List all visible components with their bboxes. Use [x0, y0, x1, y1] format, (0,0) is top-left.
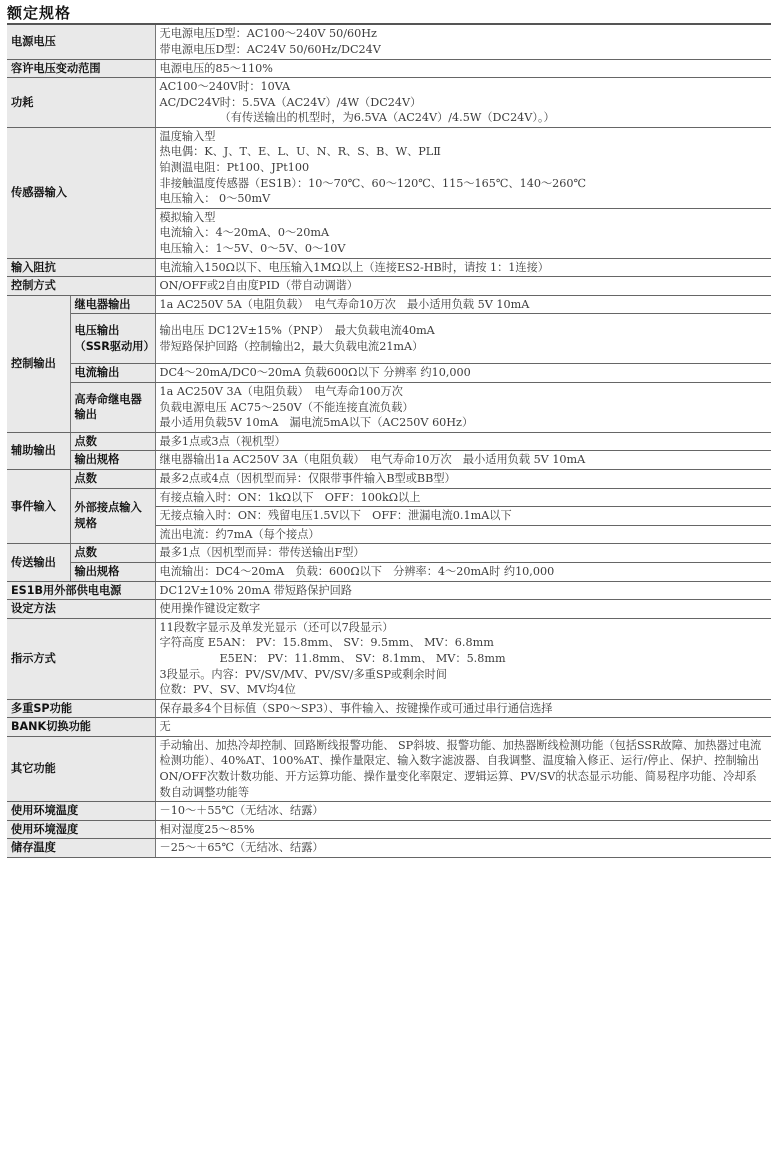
value-line: 电流输入：4～20mA、0～20mA: [160, 225, 767, 241]
rated-spec-table: 电源电压 无电源电压D型：AC100～240V 50/60Hz 带电源电压D型：…: [7, 23, 771, 858]
value-line: 电源电压的85～110%: [160, 61, 767, 77]
table-row-es1b-supply: ES1B用外部供电电源 DC12V±10% 20mA 带短路保护回路: [7, 581, 771, 600]
row-value: 相对湿度25～85%: [155, 820, 771, 839]
sub-label: 高寿命继电器输出: [70, 383, 155, 433]
value-line: 无接点输入时：ON：残留电压1.5V以下 OFF：泄漏电流0.1mA以下: [160, 508, 767, 524]
section-title: 额定规格: [7, 2, 71, 23]
row-label: 控制输出: [7, 295, 70, 432]
row-value: 电源电压的85～110%: [155, 59, 771, 78]
table-row-aux-output-points: 辅助输出 点数 最多1点或3点（视机型）: [7, 432, 771, 451]
value-line: 非接触温度传感器（ES1B）：10～70℃、60～120℃、115～165℃、1…: [160, 176, 767, 192]
value-line: 模拟输入型: [160, 210, 767, 226]
row-label: 设定方法: [7, 600, 155, 619]
row-value: 使用操作键设定数字: [155, 600, 771, 619]
value-line: 相对湿度25～85%: [160, 822, 767, 838]
value-line: ON/OFF或2自由度PID（带自动调谐）: [160, 278, 767, 294]
value-line: 最多1点或3点（视机型）: [160, 434, 767, 450]
value-line: 有接点输入时：ON：1kΩ以下 OFF：100kΩ以上: [160, 490, 767, 506]
table-row-input-impedance: 输入阻抗 电流输入150Ω以下、电压输入1MΩ以上（连接ES2-HB时，请按 1…: [7, 258, 771, 277]
sub-label: 点数: [70, 469, 155, 488]
row-value: 11段数字显示及单发光显示（还可以7段显示） 字符高度 E5AN： PV：15.…: [155, 618, 771, 699]
value-line: 负载电源电压 AC75～250V（不能连接直流负载）: [160, 400, 767, 416]
table-row-aux-output-spec: 输出规格 继电器输出1a AC250V 3A（电阻负载） 电气寿命10万次 最小…: [7, 451, 771, 470]
value-line: 铂测温电阻：Pt100、JPt100: [160, 160, 767, 176]
row-label: BANK切换功能: [7, 718, 155, 737]
value-line: 最多1点（因机型而异：带传送输出F型）: [160, 545, 767, 561]
table-row-multi-sp: 多重SP功能 保存最多4个目标值（SP0～SP3）、事件输入、按键操作或可通过串…: [7, 699, 771, 718]
row-value: 1a AC250V 5A（电阻负载） 电气寿命10万次 最小适用负载 5V 10…: [155, 295, 771, 314]
row-value: 电流输出：DC4～20mA 负载：600Ω以下 分辨率：4～20mA时 约10,…: [155, 562, 771, 581]
value-line: 11段数字显示及单发光显示（还可以7段显示）: [160, 620, 767, 636]
value-line: 位数：PV、SV、MV均4位: [160, 682, 767, 698]
row-value: －25～＋65℃（无结冰、结露）: [155, 839, 771, 858]
row-label: 容许电压变动范围: [7, 59, 155, 78]
value-line: E5EN： PV：11.8mm、 SV：8.1mm、 MV：5.8mm: [160, 651, 767, 667]
table-row-bank-switch: BANK切换功能 无: [7, 718, 771, 737]
row-label: ES1B用外部供电电源: [7, 581, 155, 600]
row-label: 辅助输出: [7, 432, 70, 469]
table-row-power-consumption: 功耗 AC100～240V时：10VA AC/DC24V时：5.5VA（AC24…: [7, 78, 771, 128]
sub-label: 外部接点输入规格: [70, 488, 155, 544]
table-row-event-input-contact-1: 外部接点输入规格 有接点输入时：ON：1kΩ以下 OFF：100kΩ以上: [7, 488, 771, 507]
row-value: 无电源电压D型：AC100～240V 50/60Hz 带电源电压D型：AC24V…: [155, 24, 771, 59]
row-label: 功耗: [7, 78, 155, 128]
value-line: 无: [160, 719, 767, 735]
row-value: 手动输出、加热冷却控制、回路断线报警功能、 SP斜坡、报警功能、加热器断线检测功…: [155, 736, 771, 801]
table-row-control-output-long-life-relay: 高寿命继电器输出 1a AC250V 3A（电阻负载） 电气寿命100万次 负载…: [7, 383, 771, 433]
row-value: 最多1点（因机型而异：带传送输出F型）: [155, 544, 771, 563]
value-line: 带短路保护回路（控制输出2，最大负载电流21mA）: [160, 339, 767, 355]
sub-label: 输出规格: [70, 451, 155, 470]
value-line: 热电偶：K、J、T、E、L、U、N、R、S、B、W、PLⅡ: [160, 144, 767, 160]
value-line: 字符高度 E5AN： PV：15.8mm、 SV：9.5mm、 MV：6.8mm: [160, 635, 767, 651]
value-line: （有传送输出的机型时，为6.5VA（AC24V）/4.5W（DC24V）。）: [160, 110, 767, 126]
value-line: 温度输入型: [160, 129, 767, 145]
table-row-display: 指示方式 11段数字显示及单发光显示（还可以7段显示） 字符高度 E5AN： P…: [7, 618, 771, 699]
value-line: 无电源电压D型：AC100～240V 50/60Hz: [160, 26, 767, 42]
value-line: 电流输入150Ω以下、电压输入1MΩ以上（连接ES2-HB时，请按 1：1连接）: [160, 260, 767, 276]
row-label: 指示方式: [7, 618, 155, 699]
table-row-voltage-range: 容许电压变动范围 电源电压的85～110%: [7, 59, 771, 78]
row-value: 模拟输入型 电流输入：4～20mA、0～20mA 电压输入：1～5V、0～5V、…: [155, 208, 771, 258]
value-line: 带电源电压D型：AC24V 50/60Hz/DC24V: [160, 42, 767, 58]
row-label: 输入阻抗: [7, 258, 155, 277]
value-line: －10～＋55℃（无结冰、结露）: [160, 803, 767, 819]
table-row-other-functions: 其它功能 手动输出、加热冷却控制、回路断线报警功能、 SP斜坡、报警功能、加热器…: [7, 736, 771, 801]
row-label: 传感器输入: [7, 127, 155, 258]
value-line: 1a AC250V 3A（电阻负载） 电气寿命100万次: [160, 384, 767, 400]
row-value: 无接点输入时：ON：残留电压1.5V以下 OFF：泄漏电流0.1mA以下: [155, 507, 771, 526]
table-row-transfer-output-points: 传送输出 点数 最多1点（因机型而异：带传送输出F型）: [7, 544, 771, 563]
sub-label: 电流输出: [70, 364, 155, 383]
row-value: 有接点输入时：ON：1kΩ以下 OFF：100kΩ以上: [155, 488, 771, 507]
table-row-power-voltage: 电源电压 无电源电压D型：AC100～240V 50/60Hz 带电源电压D型：…: [7, 24, 771, 59]
table-row-event-input-points: 事件输入 点数 最多2点或4点（因机型而异：仅限带事件输入B型或BB型）: [7, 469, 771, 488]
table-row-storage-temp: 储存温度 －25～＋65℃（无结冰、结露）: [7, 839, 771, 858]
table-row-control-output-relay: 控制输出 继电器输出 1a AC250V 5A（电阻负载） 电气寿命10万次 最…: [7, 295, 771, 314]
row-label: 使用环境湿度: [7, 820, 155, 839]
row-value: 输出电压 DC12V±15%（PNP） 最大负载电流40mA 带短路保护回路（控…: [155, 314, 771, 364]
value-line: 最多2点或4点（因机型而异：仅限带事件输入B型或BB型）: [160, 471, 767, 487]
sub-label: 点数: [70, 544, 155, 563]
table-row-setting-method: 设定方法 使用操作键设定数字: [7, 600, 771, 619]
value-line: －25～＋65℃（无结冰、结露）: [160, 840, 767, 856]
value-line: DC4～20mA/DC0～20mA 负载600Ω以下 分辨率 约10,000: [160, 365, 767, 381]
sub-label: 输出规格: [70, 562, 155, 581]
value-line: DC12V±10% 20mA 带短路保护回路: [160, 583, 767, 599]
row-value: 最多2点或4点（因机型而异：仅限带事件输入B型或BB型）: [155, 469, 771, 488]
row-value: AC100～240V时：10VA AC/DC24V时：5.5VA（AC24V）/…: [155, 78, 771, 128]
row-label: 多重SP功能: [7, 699, 155, 718]
row-value: 最多1点或3点（视机型）: [155, 432, 771, 451]
value-line: AC100～240V时：10VA: [160, 79, 767, 95]
row-label: 电源电压: [7, 24, 155, 59]
row-value: 电流输入150Ω以下、电压输入1MΩ以上（连接ES2-HB时，请按 1：1连接）: [155, 258, 771, 277]
row-value: 流出电流：约7mA（每个接点）: [155, 525, 771, 544]
table-row-control-output-current: 电流输出 DC4～20mA/DC0～20mA 负载600Ω以下 分辨率 约10,…: [7, 364, 771, 383]
value-line: 最小适用负载5V 10mA 漏电流5mA以下（AC250V 60Hz）: [160, 415, 767, 431]
row-value: DC4～20mA/DC0～20mA 负载600Ω以下 分辨率 约10,000: [155, 364, 771, 383]
row-value: DC12V±10% 20mA 带短路保护回路: [155, 581, 771, 600]
row-label: 控制方式: [7, 277, 155, 296]
value-line: 流出电流：约7mA（每个接点）: [160, 527, 767, 543]
row-label: 传送输出: [7, 544, 70, 581]
table-row-control-method: 控制方式 ON/OFF或2自由度PID（带自动调谐）: [7, 277, 771, 296]
row-label: 使用环境温度: [7, 802, 155, 821]
row-value: 保存最多4个目标值（SP0～SP3）、事件输入、按键操作或可通过串行通信选择: [155, 699, 771, 718]
sub-label: 电压输出（SSR驱动用）: [70, 314, 155, 364]
value-line: 3段显示。内容：PV/SV/MV、PV/SV/多重SP或剩余时间: [160, 667, 767, 683]
row-value: 1a AC250V 3A（电阻负载） 电气寿命100万次 负载电源电压 AC75…: [155, 383, 771, 433]
table-row-ambient-temp: 使用环境温度 －10～＋55℃（无结冰、结露）: [7, 802, 771, 821]
sub-label: 点数: [70, 432, 155, 451]
value-line: 1a AC250V 5A（电阻负载） 电气寿命10万次 最小适用负载 5V 10…: [160, 297, 767, 313]
value-line: 输出电压 DC12V±15%（PNP） 最大负载电流40mA: [160, 323, 767, 339]
value-line: 保存最多4个目标值（SP0～SP3）、事件输入、按键操作或可通过串行通信选择: [160, 701, 767, 717]
row-value: －10～＋55℃（无结冰、结露）: [155, 802, 771, 821]
row-label: 储存温度: [7, 839, 155, 858]
row-value: ON/OFF或2自由度PID（带自动调谐）: [155, 277, 771, 296]
row-value: 无: [155, 718, 771, 737]
table-row-control-output-voltage: 电压输出（SSR驱动用） 输出电压 DC12V±15%（PNP） 最大负载电流4…: [7, 314, 771, 364]
value-line: 使用操作键设定数字: [160, 601, 767, 617]
value-line: AC/DC24V时：5.5VA（AC24V）/4W（DC24V）: [160, 95, 767, 111]
table-row-sensor-input-temp: 传感器输入 温度输入型 热电偶：K、J、T、E、L、U、N、R、S、B、W、PL…: [7, 127, 771, 208]
value-line: 电流输出：DC4～20mA 负载：600Ω以下 分辨率：4～20mA时 约10,…: [160, 564, 767, 580]
sub-label: 继电器输出: [70, 295, 155, 314]
row-label: 其它功能: [7, 736, 155, 801]
table-row-transfer-output-spec: 输出规格 电流输出：DC4～20mA 负载：600Ω以下 分辨率：4～20mA时…: [7, 562, 771, 581]
row-value: 温度输入型 热电偶：K、J、T、E、L、U、N、R、S、B、W、PLⅡ 铂测温电…: [155, 127, 771, 208]
value-line: 电压输入：1～5V、0～5V、0～10V: [160, 241, 767, 257]
row-label: 事件输入: [7, 469, 70, 543]
value-line: 继电器输出1a AC250V 3A（电阻负载） 电气寿命10万次 最小适用负载 …: [160, 452, 767, 468]
table-row-ambient-humidity: 使用环境湿度 相对湿度25～85%: [7, 820, 771, 839]
row-value: 继电器输出1a AC250V 3A（电阻负载） 电气寿命10万次 最小适用负载 …: [155, 451, 771, 470]
value-line: 电压输入： 0～50mV: [160, 191, 767, 207]
